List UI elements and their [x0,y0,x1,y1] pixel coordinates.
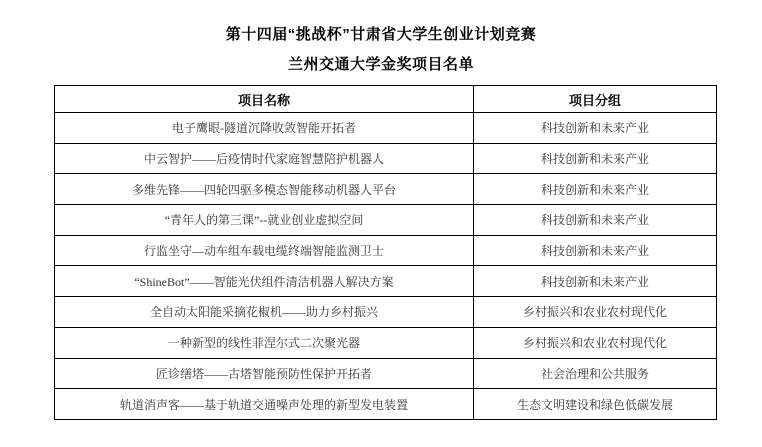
projects-table-body: 电子鹰眼-隧道沉降收敛智能开拓者 科技创新和未来产业 中云智护——后疫情时代家庭… [55,113,717,420]
project-name-cell: “青年人的第三课”--就业创业虚拟空间 [55,205,474,236]
project-group-cell: 科技创新和未来产业 [474,235,717,266]
project-group-cell: 乡村振兴和农业农村现代化 [474,327,717,358]
project-name-cell: 全自动太阳能采摘花椒机——助力乡村振兴 [55,297,474,328]
table-row: 中云智护——后疫情时代家庭智慧陪护机器人 科技创新和未来产业 [55,143,717,174]
table-row: 电子鹰眼-隧道沉降收敛智能开拓者 科技创新和未来产业 [55,113,717,144]
project-name-cell: 电子鹰眼-隧道沉降收敛智能开拓者 [55,113,474,144]
project-name-cell: 轨道消声客——基于轨道交通噪声处理的新型发电装置 [55,389,474,420]
project-name-cell: 匠诊缮塔——古塔智能预防性保护开拓者 [55,358,474,389]
table-row: 多维先锋——四轮四驱多模态智能移动机器人平台 科技创新和未来产业 [55,174,717,205]
column-header-project-group: 项目分组 [474,86,717,113]
header-row: 项目名称 项目分组 [55,86,717,113]
table-row: 全自动太阳能采摘花椒机——助力乡村振兴 乡村振兴和农业农村现代化 [55,297,717,328]
table-row: “ShineBot”——智能光伏组件清洁机器人解决方案 科技创新和未来产业 [55,266,717,297]
table-row: 轨道消声客——基于轨道交通噪声处理的新型发电装置 生态文明建设和绿色低碳发展 [55,389,717,420]
project-name-cell: 多维先锋——四轮四驱多模态智能移动机器人平台 [55,174,474,205]
page-title: 第十四届“挑战杯”甘肃省大学生创业计划竞赛 [0,0,762,43]
document-page: 第十四届“挑战杯”甘肃省大学生创业计划竞赛 兰州交通大学金奖项目名单 项目名称 … [0,0,762,447]
projects-table-header: 项目名称 项目分组 [55,86,717,113]
project-group-cell: 生态文明建设和绿色低碳发展 [474,389,717,420]
table-row: 行监坐守—动车组车载电缆终端智能监测卫士 科技创新和未来产业 [55,235,717,266]
project-group-cell: 科技创新和未来产业 [474,266,717,297]
project-group-cell: 科技创新和未来产业 [474,143,717,174]
project-name-cell: 中云智护——后疫情时代家庭智慧陪护机器人 [55,143,474,174]
projects-table: 项目名称 项目分组 电子鹰眼-隧道沉降收敛智能开拓者 科技创新和未来产业 中云智… [54,85,717,420]
project-name-cell: 一种新型的线性菲涅尔式二次聚光器 [55,327,474,358]
project-group-cell: 科技创新和未来产业 [474,113,717,144]
table-row: “青年人的第三课”--就业创业虚拟空间 科技创新和未来产业 [55,205,717,236]
page-subtitle: 兰州交通大学金奖项目名单 [0,43,762,73]
project-group-cell: 社会治理和公共服务 [474,358,717,389]
project-group-cell: 乡村振兴和农业农村现代化 [474,297,717,328]
project-name-cell: 行监坐守—动车组车载电缆终端智能监测卫士 [55,235,474,266]
column-header-project-name: 项目名称 [55,86,474,113]
table-row: 一种新型的线性菲涅尔式二次聚光器 乡村振兴和农业农村现代化 [55,327,717,358]
project-name-cell: “ShineBot”——智能光伏组件清洁机器人解决方案 [55,266,474,297]
project-group-cell: 科技创新和未来产业 [474,174,717,205]
project-group-cell: 科技创新和未来产业 [474,205,717,236]
table-row: 匠诊缮塔——古塔智能预防性保护开拓者 社会治理和公共服务 [55,358,717,389]
